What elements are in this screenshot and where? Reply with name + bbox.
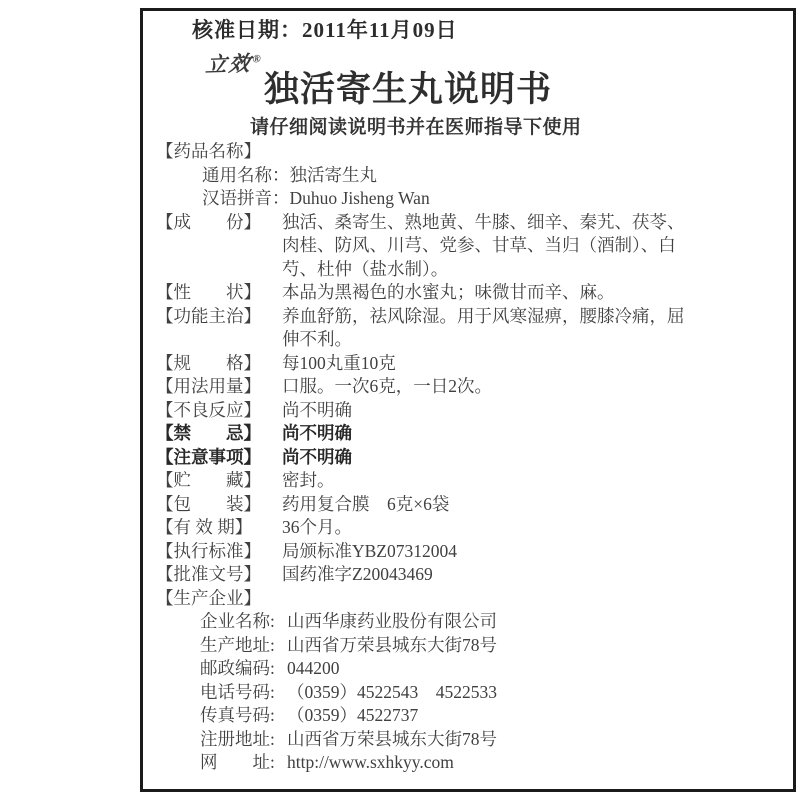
company-field-label: 网 址: xyxy=(200,751,287,775)
section-packaging: 【包 装】 药用复合膜 6克×6袋 xyxy=(156,493,708,517)
section-adverse-reactions: 【不良反应】 尚不明确 xyxy=(156,399,708,423)
company-postcode-row: 邮政编码: 044200 xyxy=(200,657,708,681)
section-label: 【执行标准】 xyxy=(156,540,282,564)
company-field-value: 山西省万荣县城东大街78号 xyxy=(287,728,708,752)
section-text: 尚不明确 xyxy=(282,446,708,470)
company-field-value: 044200 xyxy=(287,657,708,681)
section-label: 【禁 忌】 xyxy=(156,422,282,446)
section-label: 【注意事项】 xyxy=(156,446,282,470)
company-field-value: 山西华康药业股份有限公司 xyxy=(287,610,708,634)
section-label: 【批准文号】 xyxy=(156,563,282,587)
page-title: 独活寄生丸说明书 xyxy=(264,62,552,112)
section-text: 口服。一次6克，一日2次。 xyxy=(282,375,708,399)
company-field-value: （0359）4522543 4522533 xyxy=(287,681,708,705)
section-drug-name: 【药品名称】 xyxy=(156,140,708,164)
company-name-row: 企业名称: 山西华康药业股份有限公司 xyxy=(200,610,708,634)
section-approval-number: 【批准文号】 国药准字Z20043469 xyxy=(156,563,708,587)
section-label: 【用法用量】 xyxy=(156,375,282,399)
company-field-value: （0359）4522737 xyxy=(287,704,708,728)
company-fax-row: 传真号码: （0359）4522737 xyxy=(200,704,708,728)
section-label: 【包 装】 xyxy=(156,493,282,517)
section-text: 养血舒筋，祛风除湿。用于风寒湿痹，腰膝冷痛，屈 伸不利。 xyxy=(282,305,708,352)
section-validity: 【有 效 期】 36个月。 xyxy=(156,516,708,540)
registered-mark: ® xyxy=(252,53,262,65)
section-standard: 【执行标准】 局颁标准YBZ07312004 xyxy=(156,540,708,564)
section-text: 国药准字Z20043469 xyxy=(282,563,708,587)
section-label: 【性 状】 xyxy=(156,281,282,305)
section-label: 【有 效 期】 xyxy=(156,516,282,540)
section-text: 本品为黑褐色的水蜜丸；味微甘而辛、麻。 xyxy=(282,281,708,305)
section-ingredients: 【成 份】 独活、桑寄生、熟地黄、牛膝、细辛、秦艽、茯苓、 肉桂、防风、川芎、党… xyxy=(156,211,708,282)
section-label: 【功能主治】 xyxy=(156,305,282,329)
company-reg-address-row: 注册地址: 山西省万荣县城东大街78号 xyxy=(200,728,708,752)
company-address-row: 生产地址: 山西省万荣县城东大街78号 xyxy=(200,634,708,658)
generic-name-line: 通用名称：独活寄生丸 xyxy=(202,164,708,188)
section-text: 尚不明确 xyxy=(282,422,708,446)
brand-logo: 立效® xyxy=(204,47,262,79)
section-precautions: 【注意事项】 尚不明确 xyxy=(156,446,708,470)
company-field-value: 山西省万荣县城东大街78号 xyxy=(287,634,708,658)
section-label: 【生产企业】 xyxy=(156,587,282,611)
section-text: 独活、桑寄生、熟地黄、牛膝、细辛、秦艽、茯苓、 肉桂、防风、川芎、党参、甘草、当… xyxy=(282,211,708,282)
section-storage: 【贮 藏】 密封。 xyxy=(156,469,708,493)
section-text: 药用复合膜 6克×6袋 xyxy=(282,493,708,517)
section-label: 【不良反应】 xyxy=(156,399,282,423)
section-label: 【药品名称】 xyxy=(156,140,282,164)
pinyin-line: 汉语拼音：Duhuo Jisheng Wan xyxy=(202,187,708,211)
company-field-label: 生产地址: xyxy=(200,634,287,658)
page-subtitle: 请仔细阅读说明书并在医师指导下使用 xyxy=(250,112,582,139)
approval-date: 核准日期：2011年11月09日 xyxy=(192,14,458,44)
company-field-label: 企业名称: xyxy=(200,610,287,634)
section-label: 【规 格】 xyxy=(156,352,282,376)
section-dosage: 【用法用量】 口服。一次6克，一日2次。 xyxy=(156,375,708,399)
brand-name: 立效 xyxy=(205,51,254,77)
section-manufacturer: 【生产企业】 xyxy=(156,587,708,611)
section-text: 局颁标准YBZ07312004 xyxy=(282,540,708,564)
company-field-label: 注册地址: xyxy=(200,728,287,752)
company-field-label: 电话号码: xyxy=(200,681,287,705)
section-contraindications: 【禁 忌】 尚不明确 xyxy=(156,422,708,446)
leaflet-sheet: 核准日期：2011年11月09日 立效® 独活寄生丸说明书 请仔细阅读说明书并在… xyxy=(0,0,800,800)
section-text: 尚不明确 xyxy=(282,399,708,423)
section-functions: 【功能主治】 养血舒筋，祛风除湿。用于风寒湿痹，腰膝冷痛，屈 伸不利。 xyxy=(156,305,708,352)
leaflet-body: 【药品名称】 通用名称：独活寄生丸 汉语拼音：Duhuo Jisheng Wan… xyxy=(156,140,708,775)
section-text: 36个月。 xyxy=(282,516,708,540)
section-label: 【成 份】 xyxy=(156,211,282,235)
section-properties: 【性 状】 本品为黑褐色的水蜜丸；味微甘而辛、麻。 xyxy=(156,281,708,305)
section-specification: 【规 格】 每100丸重10克 xyxy=(156,352,708,376)
section-text: 每100丸重10克 xyxy=(282,352,708,376)
company-website-url: http://www.sxhkyy.com xyxy=(287,751,708,775)
company-field-label: 邮政编码: xyxy=(200,657,287,681)
company-field-label: 传真号码: xyxy=(200,704,287,728)
company-phone-row: 电话号码: （0359）4522543 4522533 xyxy=(200,681,708,705)
section-label: 【贮 藏】 xyxy=(156,469,282,493)
company-website-row: 网 址: http://www.sxhkyy.com xyxy=(200,751,708,775)
section-text: 密封。 xyxy=(282,469,708,493)
